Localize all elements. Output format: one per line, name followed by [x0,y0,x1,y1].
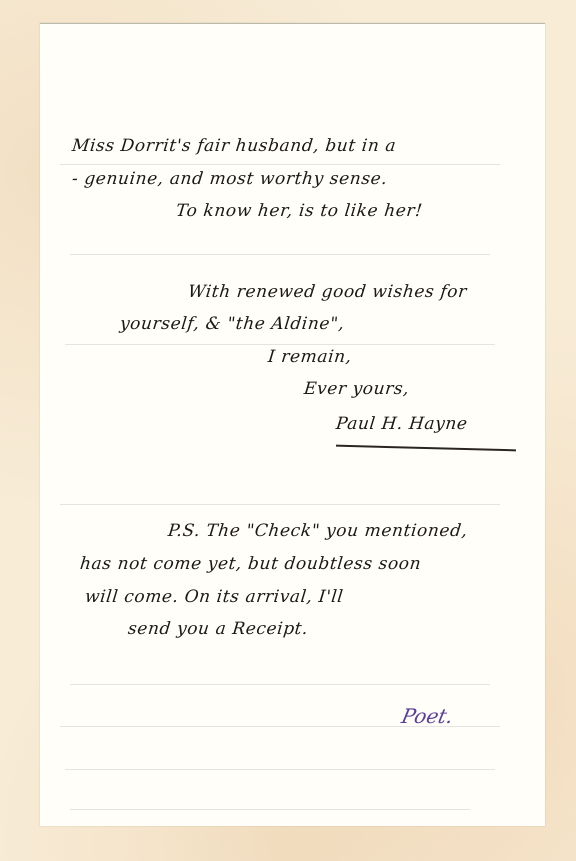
letter-line-6: I remain, [267,347,353,367]
postscript-line-3: will come. On its arrival, I'll [84,587,344,607]
show-through-line [70,254,490,255]
show-through-line [60,504,500,505]
letter-line-5: yourself, & "the Aldine", [119,314,346,334]
show-through-line [70,684,490,685]
signature-underline [336,445,516,451]
letter-page: Miss Dorrit's fair husband, but in a - g… [40,23,545,826]
postscript-line-2: has not come yet, but doubtless soon [79,554,422,574]
signature: Paul H. Hayne [335,414,469,434]
postscript-line-4: send you a Receipt. [127,619,309,639]
letter-line-1: Miss Dorrit's fair husband, but in a [71,136,397,156]
poet-annotation: Poet. [399,704,455,728]
show-through-line [65,769,495,770]
letter-line-2: - genuine, and most worthy sense. [71,169,388,189]
postscript-line-1: P.S. The "Check" you mentioned, [167,521,469,541]
letter-line-7: Ever yours, [303,379,410,399]
show-through-line [60,164,500,165]
show-through-line [65,344,495,345]
show-through-line [70,809,470,810]
letter-line-3: To know her, is to like her! [175,201,424,221]
letter-line-4: With renewed good wishes for [187,282,468,302]
